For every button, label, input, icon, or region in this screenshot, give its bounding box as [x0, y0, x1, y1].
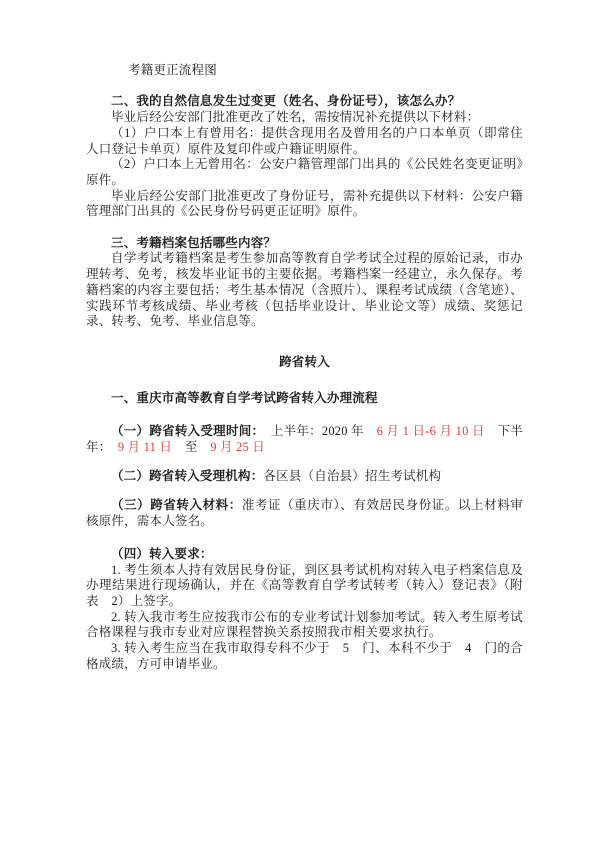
transfer-section-title: 跨省转入 [86, 355, 523, 371]
item-3-label: （三）跨省转入材料： [111, 498, 242, 512]
item-1-end-date-red: 9 月 25 日 [210, 440, 265, 454]
transfer-item-4-requirements: （四）转入要求： [86, 547, 523, 563]
question-2-paragraph-4: 毕业后经公安部门批准更改了身份证号，需补充提供以下材料：公安户籍管理部门出具的《… [86, 189, 523, 220]
question-2-paragraph-2: （1）户口本上有曾用名：提供含现用名及曾用名的户口本单页（即常住人口登记卡单页）… [86, 126, 523, 157]
requirement-1: 1. 考生须本人持有效居民身份证，到区县考试机构对转入电子档案信息及办理结果进行… [86, 563, 523, 610]
question-2-paragraph-3: （2）户口本上无曾用名：公安户籍管理部门出具的《公民姓名变更证明》原件。 [86, 157, 523, 188]
question-2-heading: 二、我的自然信息发生过变更（姓名、身份证号），该怎么办？ [86, 94, 523, 110]
flowchart-caption: 考籍更正流程图 [86, 63, 523, 79]
item-1-start-date-red: 9 月 11 日 [118, 440, 172, 454]
document-page: 考籍更正流程图 二、我的自然信息发生过变更（姓名、身份证号），该怎么办？ 毕业后… [0, 0, 595, 841]
item-4-label: （四）转入要求： [111, 547, 213, 561]
question-2-paragraph-1: 毕业后经公安部门批准更改了姓名，需按情况补充提供以下材料： [86, 110, 523, 126]
item-1-text: 至 [172, 440, 210, 454]
item-1-text: 上半年：2020 年 [258, 424, 377, 438]
item-2-label: （二）跨省转入受理机构： [111, 469, 263, 483]
blank-line [86, 220, 523, 236]
transfer-heading-1: 一、重庆市高等教育自学考试跨省转入办理流程 [86, 391, 523, 407]
document-content: 考籍更正流程图 二、我的自然信息发生过变更（姓名、身份证号），该怎么办？ 毕业后… [86, 63, 523, 672]
requirement-2: 2. 转入我市考生应按我市公布的专业考试计划参加考试。转入考生原考试合格课程与我… [86, 610, 523, 641]
transfer-item-3-materials: （三）跨省转入材料：准考证（重庆市）、有效居民身份证。以上材料审核原件，需本人签… [86, 498, 523, 529]
item-2-text: 各区县（自治县）招生考试机构 [263, 469, 441, 483]
question-3-paragraph-1: 自学考试考籍档案是考生参加高等教育自学考试全过程的原始记录，市办理转考、免考，核… [86, 251, 523, 330]
transfer-item-1-acceptance-time: （一）跨省转入受理时间： 上半年：2020 年 6 月 1 日-6 月 10 日… [86, 424, 523, 455]
requirement-3: 3. 转入考生应当在我市取得专科不少于 5 门、本科不少于 4 门的合格成绩，方… [86, 641, 523, 672]
item-1-label: （一）跨省转入受理时间： [111, 424, 258, 438]
transfer-item-2-acceptance-agency: （二）跨省转入受理机构：各区县（自治县）招生考试机构 [86, 469, 523, 485]
question-3-heading: 三、考籍档案包括哪些内容？ [86, 236, 523, 252]
item-1-date-range-red: 6 月 1 日-6 月 10 日 [377, 424, 485, 438]
blank-line [86, 79, 523, 95]
